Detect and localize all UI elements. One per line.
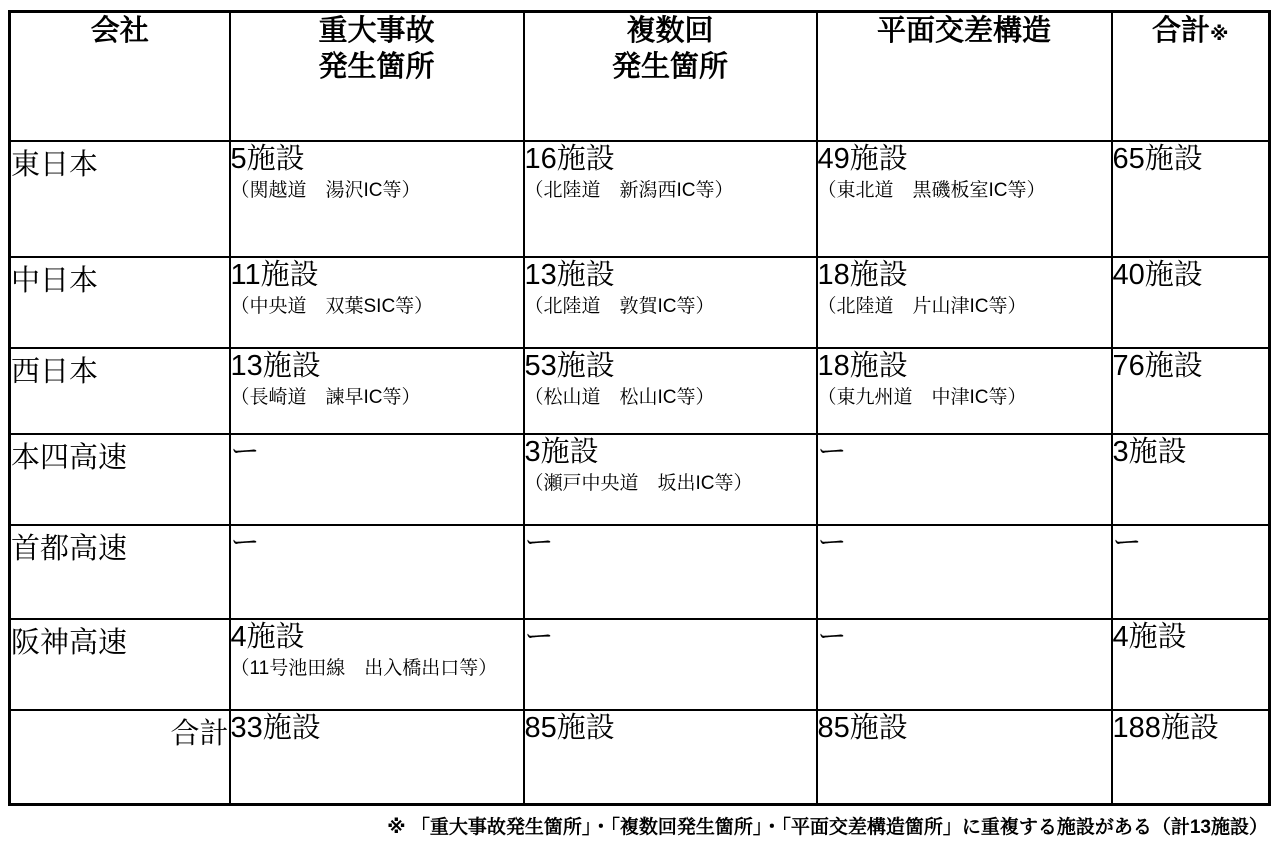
cell-note: （東九州道 中津IC等）: [818, 386, 1111, 411]
total-cell: 85施設: [524, 710, 817, 805]
table-row-east-japan: 東日本 5施設 （関越道 湯沢IC等） 16施設 （北陸道 新潟西IC等） 49…: [10, 141, 1270, 257]
table-row-honshi-expressway: 本四高速 ー 3施設 （瀬戸中央道 坂出IC等） ー 3施設: [10, 434, 1270, 525]
data-cell: 4施設: [1112, 619, 1270, 710]
cell-value: 13施設: [525, 258, 816, 293]
total-cell: 188施設: [1112, 710, 1270, 805]
cell-value: ー: [818, 620, 1111, 655]
data-cell: ー: [817, 619, 1112, 710]
table-footnote: ※ 「重大事故発生箇所」・「複数回発生箇所」・「平面交差構造箇所」に重複する施設…: [387, 812, 1268, 839]
cell-value: ー: [525, 620, 816, 655]
data-cell: 5施設 （関越道 湯沢IC等）: [230, 141, 524, 257]
total-cell: 33施設: [230, 710, 524, 805]
column-header-serious-accident: 重大事故 発生箇所: [230, 12, 524, 141]
company-cell: 阪神高速: [10, 619, 230, 710]
data-cell: ー: [524, 619, 817, 710]
cell-value: 16施設: [525, 142, 816, 177]
column-header-serious-accident-label: 重大事故 発生箇所: [318, 15, 434, 83]
cell-note: （東北道 黒磯板室IC等）: [818, 179, 1111, 204]
data-cell: 13施設 （北陸道 敦賀IC等）: [524, 257, 817, 348]
cell-note: （北陸道 敦賀IC等）: [525, 295, 816, 320]
cell-note: （松山道 松山IC等）: [525, 386, 816, 411]
cell-value: 13施設: [231, 349, 523, 384]
column-header-total-label: 合計: [1152, 15, 1210, 47]
cell-value: 53施設: [525, 349, 816, 384]
cell-value: 49施設: [818, 142, 1111, 177]
data-cell: ー: [230, 434, 524, 525]
cell-value: 4施設: [1113, 620, 1269, 655]
total-row: 合計 33施設 85施設 85施設 188施設: [10, 710, 1270, 805]
data-cell: 65施設: [1112, 141, 1270, 257]
cell-note: （中央道 双葉SIC等）: [231, 295, 523, 320]
cell-value: ー: [818, 435, 1111, 470]
company-cell: 首都高速: [10, 525, 230, 619]
column-header-total: 合計※: [1112, 12, 1270, 141]
cell-value: 65施設: [1113, 142, 1269, 177]
cell-note: （北陸道 片山津IC等）: [818, 295, 1111, 320]
cell-value: 11施設: [231, 258, 523, 293]
company-cell: 中日本: [10, 257, 230, 348]
data-cell: 13施設 （長崎道 諫早IC等）: [230, 348, 524, 434]
table-row-hanshin-expressway: 阪神高速 4施設 （11号池田線 出入橋出口等） ー ー 4施設: [10, 619, 1270, 710]
cell-value: ー: [1113, 526, 1269, 561]
cell-value: 33施設: [231, 711, 523, 746]
column-header-multiple-occurrence: 複数回 発生箇所: [524, 12, 817, 141]
data-cell: 40施設: [1112, 257, 1270, 348]
cell-note: （関越道 湯沢IC等）: [231, 179, 523, 204]
column-header-multiple-occurrence-label: 複数回 発生箇所: [612, 15, 728, 83]
table-row-shuto-expressway: 首都高速 ー ー ー ー: [10, 525, 1270, 619]
table-row-west-japan: 西日本 13施設 （長崎道 諫早IC等） 53施設 （松山道 松山IC等） 18…: [10, 348, 1270, 434]
data-cell: 49施設 （東北道 黒磯板室IC等）: [817, 141, 1112, 257]
data-cell: 53施設 （松山道 松山IC等）: [524, 348, 817, 434]
total-row-label: 合計: [10, 710, 230, 805]
data-cell: 18施設 （東九州道 中津IC等）: [817, 348, 1112, 434]
data-cell: ー: [817, 525, 1112, 619]
cell-value: 4施設: [231, 620, 523, 655]
cell-value: 188施設: [1113, 711, 1269, 746]
cell-value: ー: [231, 435, 523, 470]
cell-value: ー: [818, 526, 1111, 561]
cell-value: 76施設: [1113, 349, 1269, 384]
cell-value: 3施設: [525, 435, 816, 470]
cell-note: （11号池田線 出入橋出口等）: [231, 657, 523, 682]
column-header-grade-crossing: 平面交差構造: [817, 12, 1112, 141]
data-cell: 16施設 （北陸道 新潟西IC等）: [524, 141, 817, 257]
data-cell: ー: [230, 525, 524, 619]
cell-value: 85施設: [818, 711, 1111, 746]
cell-note: （長崎道 諫早IC等）: [231, 386, 523, 411]
cell-value: 5施設: [231, 142, 523, 177]
company-cell: 東日本: [10, 141, 230, 257]
data-cell: 3施設: [1112, 434, 1270, 525]
footnote-marker: ※: [1210, 24, 1228, 45]
data-cell: ー: [524, 525, 817, 619]
total-cell: 85施設: [817, 710, 1112, 805]
header-row: 会社 重大事故 発生箇所 複数回 発生箇所 平面交差構造 合計※: [10, 12, 1270, 141]
company-cell: 本四高速: [10, 434, 230, 525]
column-header-company: 会社: [10, 12, 230, 141]
cell-value: 18施設: [818, 258, 1111, 293]
data-cell: 76施設: [1112, 348, 1270, 434]
cell-note: （北陸道 新潟西IC等）: [525, 179, 816, 204]
cell-value: ー: [231, 526, 523, 561]
table-row-central-japan: 中日本 11施設 （中央道 双葉SIC等） 13施設 （北陸道 敦賀IC等） 1…: [10, 257, 1270, 348]
cell-value: 18施設: [818, 349, 1111, 384]
company-cell: 西日本: [10, 348, 230, 434]
cell-value: 3施設: [1113, 435, 1269, 470]
cell-value: 40施設: [1113, 258, 1269, 293]
data-cell: 18施設 （北陸道 片山津IC等）: [817, 257, 1112, 348]
data-cell: ー: [1112, 525, 1270, 619]
data-cell: 11施設 （中央道 双葉SIC等）: [230, 257, 524, 348]
cell-value: ー: [525, 526, 816, 561]
data-cell: ー: [817, 434, 1112, 525]
cell-value: 85施設: [525, 711, 816, 746]
page: 会社 重大事故 発生箇所 複数回 発生箇所 平面交差構造 合計※ 東日本 5施設…: [0, 0, 1280, 853]
cell-note: （瀬戸中央道 坂出IC等）: [525, 472, 816, 497]
data-cell: 4施設 （11号池田線 出入橋出口等）: [230, 619, 524, 710]
accident-facilities-table: 会社 重大事故 発生箇所 複数回 発生箇所 平面交差構造 合計※ 東日本 5施設…: [8, 10, 1271, 806]
data-cell: 3施設 （瀬戸中央道 坂出IC等）: [524, 434, 817, 525]
